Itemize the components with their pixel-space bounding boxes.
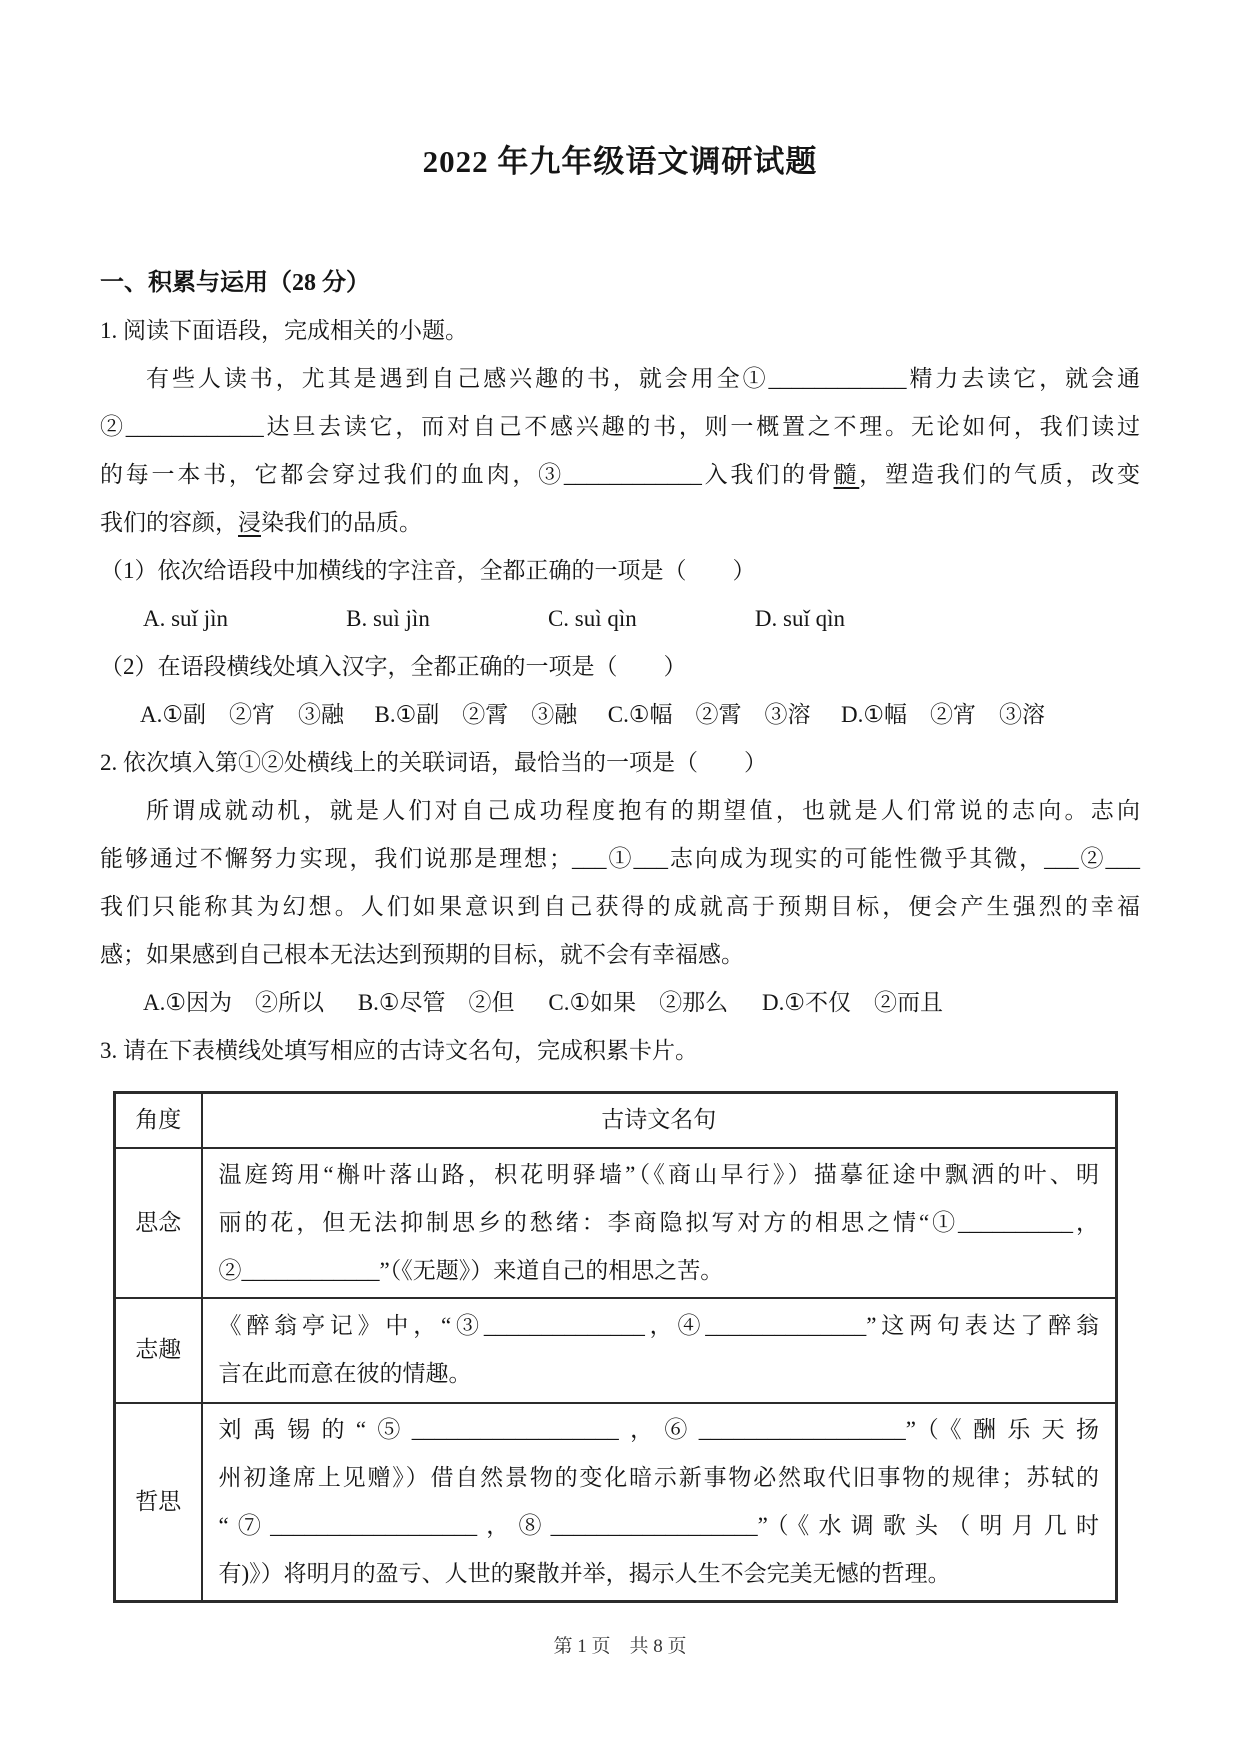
page-footer: 第 1 页 共 8 页 [100, 1633, 1140, 1661]
question-1-passage: 有些人读书，尤其是遇到自己感兴趣的书，就会用全①____________精力去读… [100, 355, 1140, 547]
section1-heading: 一、积累与运用（28 分） [100, 259, 1140, 307]
row-category: 思念 [115, 1148, 202, 1298]
table-header-angle: 角度 [115, 1093, 202, 1148]
row3-line-4: 有)》）将明月的盈亏、人世的聚散并举，揭示人生不会完美无憾的哲理。 [219, 1550, 1100, 1598]
table-header-famous-lines: 古诗文名句 [202, 1093, 1117, 1148]
option-d: D.①不仅 ②而且 [762, 979, 943, 1027]
option-d: D.①幅 ②宵 ③溶 [841, 691, 1045, 739]
passage1-line-2: ②____________达旦去读它，而对自己不感兴趣的书，则一概置之不理。无论… [100, 403, 1140, 451]
option-c: C.①幅 ②霄 ③溶 [608, 691, 811, 739]
question-2-options: A.①因为 ②所以 B.①尽管 ②但 C.①如果 ②那么 D.①不仅 ②而且 [143, 979, 943, 1027]
row2-line-2: 言在此而意在彼的情趣。 [219, 1350, 1100, 1398]
option-b: B.①尽管 ②但 [358, 979, 515, 1027]
row2-line-1: 《醉翁亭记》中，“③______________，④______________… [219, 1302, 1100, 1350]
underlined-char-jin: 浸 [238, 510, 261, 535]
question-1-sub1-options: A. suǐ jìn B. suì jìn C. suì qìn D. suǐ … [143, 595, 845, 643]
row-content: 温庭筠用“槲叶落山路，枳花明驿墙”（《商山早行》）描摹征途中飘洒的叶、明 丽的花… [202, 1148, 1117, 1298]
passage2-line-3: 我们只能称其为幻想。人们如果意识到自己获得的成就高于预期目标，便会产生强烈的幸福 [100, 883, 1140, 931]
table-row-aspiration: 志趣 《醉翁亭记》中，“③______________，④___________… [115, 1298, 1117, 1403]
exam-page: 2022 年九年级语文调研试题 一、积累与运用（28 分） 1. 阅读下面语段，… [100, 0, 1140, 1661]
row-category: 哲思 [115, 1403, 202, 1602]
passage1-line-3-pre: 的每一本书，它都会穿过我们的血肉，③____________入我们的骨 [100, 462, 834, 487]
option-c: C. suì qìn [548, 595, 637, 643]
option-a: A.①副 ②宵 ③融 [140, 691, 344, 739]
table-row-missing: 思念 温庭筠用“槲叶落山路，枳花明驿墙”（《商山早行》）描摹征途中飘洒的叶、明 … [115, 1148, 1117, 1298]
passage2-line-1: 所谓成就动机，就是人们对自己成功程度抱有的期望值，也就是人们常说的志向。志向 [100, 787, 1140, 835]
passage1-line-4: 我们的容颜，浸染我们的品质。 [100, 499, 1140, 547]
row-category: 志趣 [115, 1298, 202, 1403]
question-2-passage: 所谓成就动机，就是人们对自己成功程度抱有的期望值，也就是人们常说的志向。志向 能… [100, 787, 1140, 979]
row3-line-1: 刘禹锡的“⑤__________________，⑥______________… [219, 1406, 1100, 1454]
passage1-line-1: 有些人读书，尤其是遇到自己感兴趣的书，就会用全①____________精力去读… [100, 355, 1140, 403]
option-c: C.①如果 ②那么 [548, 979, 728, 1027]
passage1-line-3: 的每一本书，它都会穿过我们的血肉，③____________入我们的骨髓，塑造我… [100, 451, 1140, 499]
underlined-char-sui: 髓 [834, 462, 860, 487]
question-1-sub2-stem: （2）在语段横线处填入汉字，全都正确的一项是（ ） [100, 643, 1140, 691]
row3-line-3: “⑦__________________，⑧__________________… [219, 1502, 1100, 1550]
passage2-line-4: 感；如果感到自己根本无法达到预期的目标，就不会有幸福感。 [100, 931, 1140, 979]
passage2-line-2: 能够通过不懈努力实现，我们说那是理想；___①___志向成为现实的可能性微乎其微… [100, 835, 1140, 883]
option-d: D. suǐ qìn [755, 595, 845, 643]
option-b: B. suì jìn [346, 595, 430, 643]
option-a: A.①因为 ②所以 [143, 979, 324, 1027]
question-2-stem: 2. 依次填入第①②处横线上的关联词语，最恰当的一项是（ ） [100, 739, 1140, 787]
row-content: 刘禹锡的“⑤__________________，⑥______________… [202, 1403, 1117, 1602]
row-content: 《醉翁亭记》中，“③______________，④______________… [202, 1298, 1117, 1403]
row3-line-2: 州初逢席上见赠》）借自然景物的变化暗示新事物必然取代旧事物的规律；苏轼的 [219, 1454, 1100, 1502]
option-b: B.①副 ②霄 ③融 [375, 691, 578, 739]
question-1-sub1-stem: （1）依次给语段中加横线的字注音，全都正确的一项是（ ） [100, 547, 1140, 595]
question-3-stem: 3. 请在下表横线处填写相应的古诗文名句，完成积累卡片。 [100, 1027, 1140, 1075]
passage1-line-3-post: ，塑造我们的气质，改变 [859, 462, 1140, 487]
row1-line-1: 温庭筠用“槲叶落山路，枳花明驿墙”（《商山早行》）描摹征途中飘洒的叶、明 [219, 1151, 1100, 1199]
row1-line-3: ②____________”（《无题》）来道自己的相思之苦。 [219, 1247, 1100, 1295]
passage1-line-4-post: 染我们的品质。 [261, 510, 422, 535]
question-1-stem: 1. 阅读下面语段，完成相关的小题。 [100, 307, 1140, 355]
question-1-sub2-options: A.①副 ②宵 ③融 B.①副 ②霄 ③融 C.①幅 ②霄 ③溶 D.①幅 ②宵… [140, 691, 1045, 739]
row1-line-2: 丽的花，但无法抑制思乡的愁绪：李商隐拟写对方的相思之情“①__________， [219, 1199, 1100, 1247]
accumulation-card-table: 角度 古诗文名句 思念 温庭筠用“槲叶落山路，枳花明驿墙”（《商山早行》）描摹征… [113, 1091, 1118, 1603]
option-a: A. suǐ jìn [143, 595, 228, 643]
passage1-line-4-pre: 我们的容颜， [100, 510, 238, 535]
table-header-row: 角度 古诗文名句 [115, 1093, 1117, 1148]
page-title: 2022 年九年级语文调研试题 [100, 140, 1140, 184]
table-row-philosophy: 哲思 刘禹锡的“⑤__________________，⑥___________… [115, 1403, 1117, 1602]
